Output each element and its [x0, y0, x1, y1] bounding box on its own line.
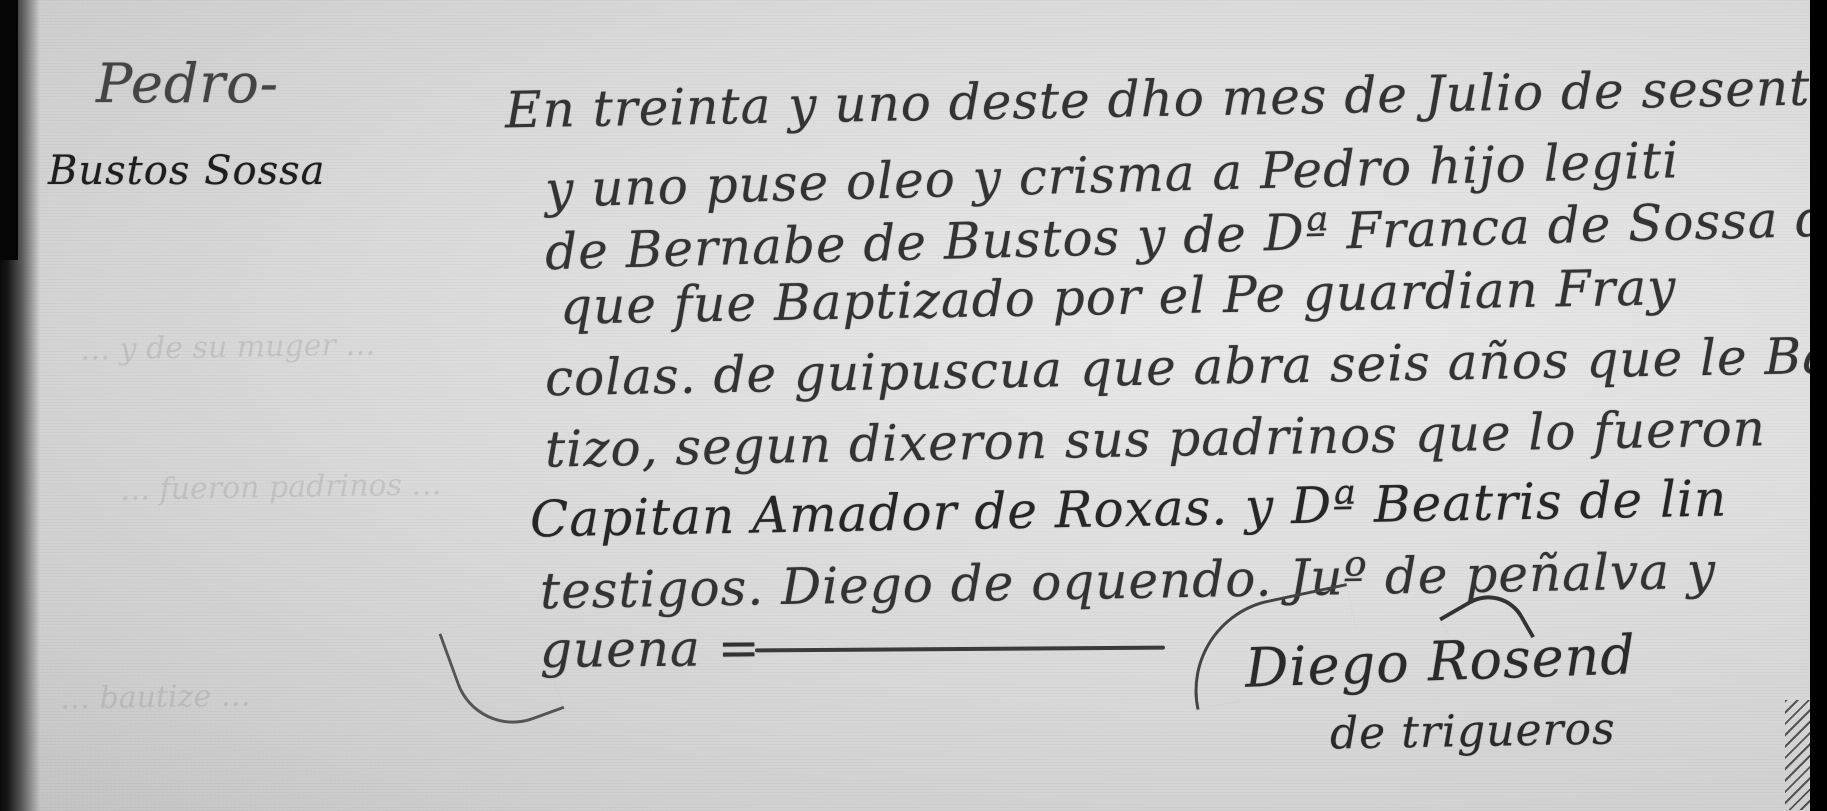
- binding-shadow-dark: [0, 0, 18, 260]
- signature-surname: de trigueros: [1330, 704, 1616, 760]
- bleed-through-text: … y de su muger …: [80, 327, 376, 367]
- record-line-9: guena =: [540, 619, 761, 679]
- bleed-through-text: … fueron padrinos …: [120, 467, 442, 508]
- margin-note-surnames: Bustos Sossa: [48, 148, 325, 194]
- record-line-5: colas. de guipuscua que abra seis años q…: [545, 327, 1827, 407]
- margin-note-given-name: Pedro-: [96, 52, 279, 115]
- signature-name: Diego Rosend: [1244, 623, 1637, 700]
- record-line-7: Capitan Amador de Roxas. y Dª Beatris de…: [530, 470, 1728, 549]
- manuscript-page: … y de su muger … … fueron padrinos … … …: [0, 0, 1827, 811]
- record-line-1: En treinta y uno deste dho mes de Julio …: [505, 59, 1811, 140]
- record-line-6: tizo, segun dixeron sus padrinos que lo …: [545, 399, 1767, 478]
- margin-scribble: [1785, 700, 1810, 810]
- scan-border-right: [1810, 0, 1827, 811]
- closing-rule-line: [755, 646, 1165, 653]
- bleed-through-text: … bautize …: [60, 678, 251, 716]
- record-line-8: testigos. Diego de oquendo. Juº de peñal…: [540, 542, 1717, 621]
